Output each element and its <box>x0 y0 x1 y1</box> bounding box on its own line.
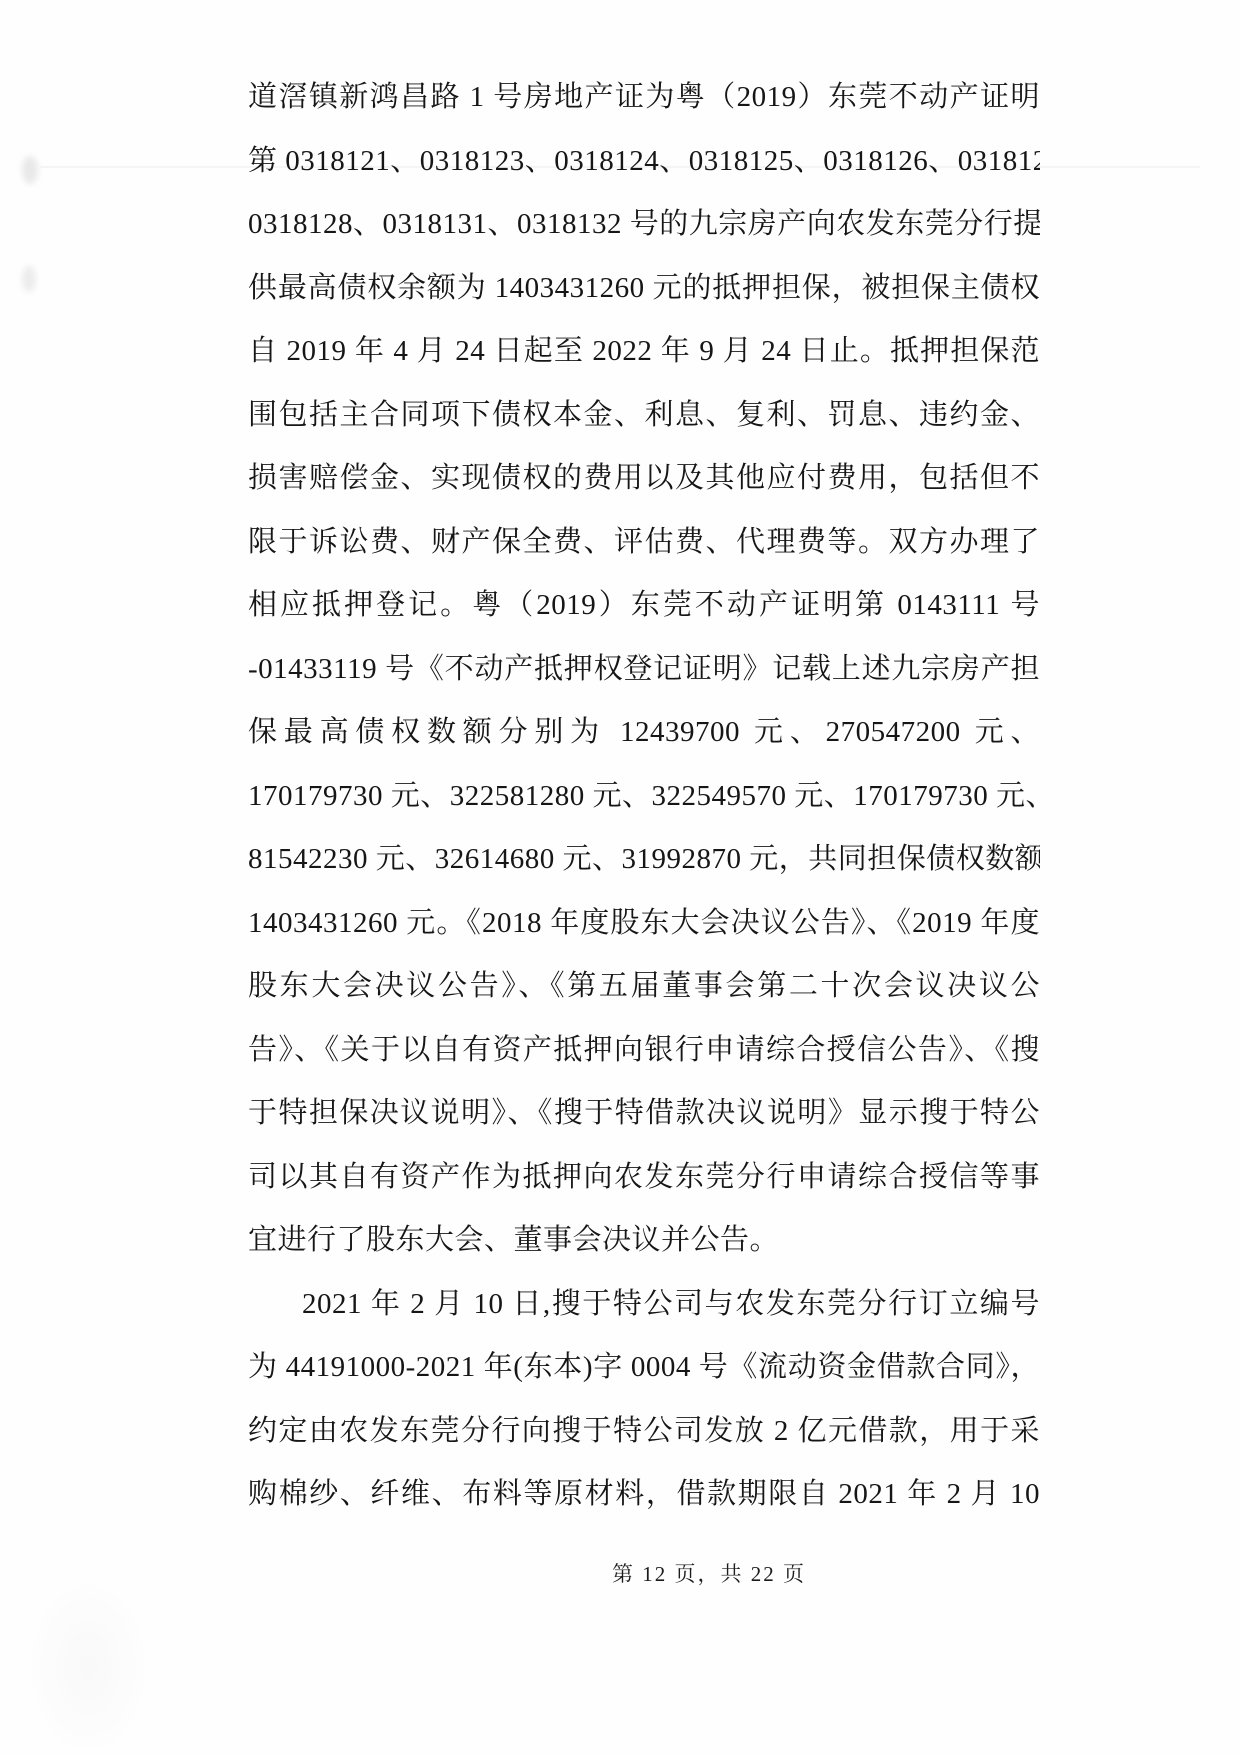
scan-smudge-artifact <box>22 156 38 184</box>
text-line: 道滘镇新鸿昌路 1 号房地产证为粤（2019）东莞不动产证明 <box>248 66 1040 130</box>
text-line: 限于诉讼费、财产保全费、评估费、代理费等。双方办理了 <box>248 511 1040 575</box>
text-line: 损害赔偿金、实现债权的费用以及其他应付费用，包括但不 <box>248 447 1040 511</box>
text-line: 供最高债权余额为 1403431260 元的抵押担保，被担保主债权 <box>248 257 1040 321</box>
text-line: 第 0318121、0318123、0318124、0318125、031812… <box>248 130 1040 194</box>
text-line: 自 2019 年 4 月 24 日起至 2022 年 9 月 24 日止。抵押担… <box>248 320 1040 384</box>
text-line: 股东大会决议公告》、《第五届董事会第二十次会议决议公 <box>248 955 1040 1019</box>
text-line: 相应抵押登记。粤（2019）东莞不动产证明第 0143111 号 <box>248 574 1040 638</box>
document-text-block: 道滘镇新鸿昌路 1 号房地产证为粤（2019）东莞不动产证明 第 0318121… <box>248 66 1040 1527</box>
text-line: 0318128、0318131、0318132 号的九宗房产向农发东莞分行提 <box>248 193 1040 257</box>
text-line: 保最高债权数额分别为 12439700 元、270547200 元、 <box>248 701 1040 765</box>
text-line: 司以其自有资产作为抵押向农发东莞分行申请综合授信等事 <box>248 1146 1040 1210</box>
scan-smudge-artifact <box>22 266 36 292</box>
text-line-paragraph-start: 2021 年 2 月 10 日,搜于特公司与农发东莞分行订立编号 <box>248 1273 1040 1337</box>
text-line: 购棉纱、纤维、布料等原材料，借款期限自 2021 年 2 月 10 <box>248 1463 1040 1527</box>
scan-noise-artifact <box>28 1580 148 1755</box>
text-line: 170179730 元、322581280 元、322549570 元、1701… <box>248 765 1040 829</box>
document-page: 道滘镇新鸿昌路 1 号房地产证为粤（2019）东莞不动产证明 第 0318121… <box>0 0 1240 1755</box>
text-line: 于特担保决议说明》、《搜于特借款决议说明》显示搜于特公 <box>248 1082 1040 1146</box>
text-line-paragraph-end: 宜进行了股东大会、董事会决议并公告。 <box>248 1209 1040 1273</box>
text-line: 为 44191000-2021 年(东本)字 0004 号《流动资金借款合同》， <box>248 1336 1040 1400</box>
text-line: -01433119 号《不动产抵押权登记证明》记载上述九宗房产担 <box>248 638 1040 702</box>
text-line: 告》、《关于以自有资产抵押向银行申请综合授信公告》、《搜 <box>248 1019 1040 1083</box>
page-footer: 第 12 页，共 22 页 <box>612 1558 806 1588</box>
text-line: 1403431260 元。《2018 年度股东大会决议公告》、《2019 年度 <box>248 892 1040 956</box>
text-line: 围包括主合同项下债权本金、利息、复利、罚息、违约金、 <box>248 384 1040 448</box>
text-line: 约定由农发东莞分行向搜于特公司发放 2 亿元借款，用于采 <box>248 1400 1040 1464</box>
text-line: 81542230 元、32614680 元、31992870 元，共同担保债权数… <box>248 828 1040 892</box>
